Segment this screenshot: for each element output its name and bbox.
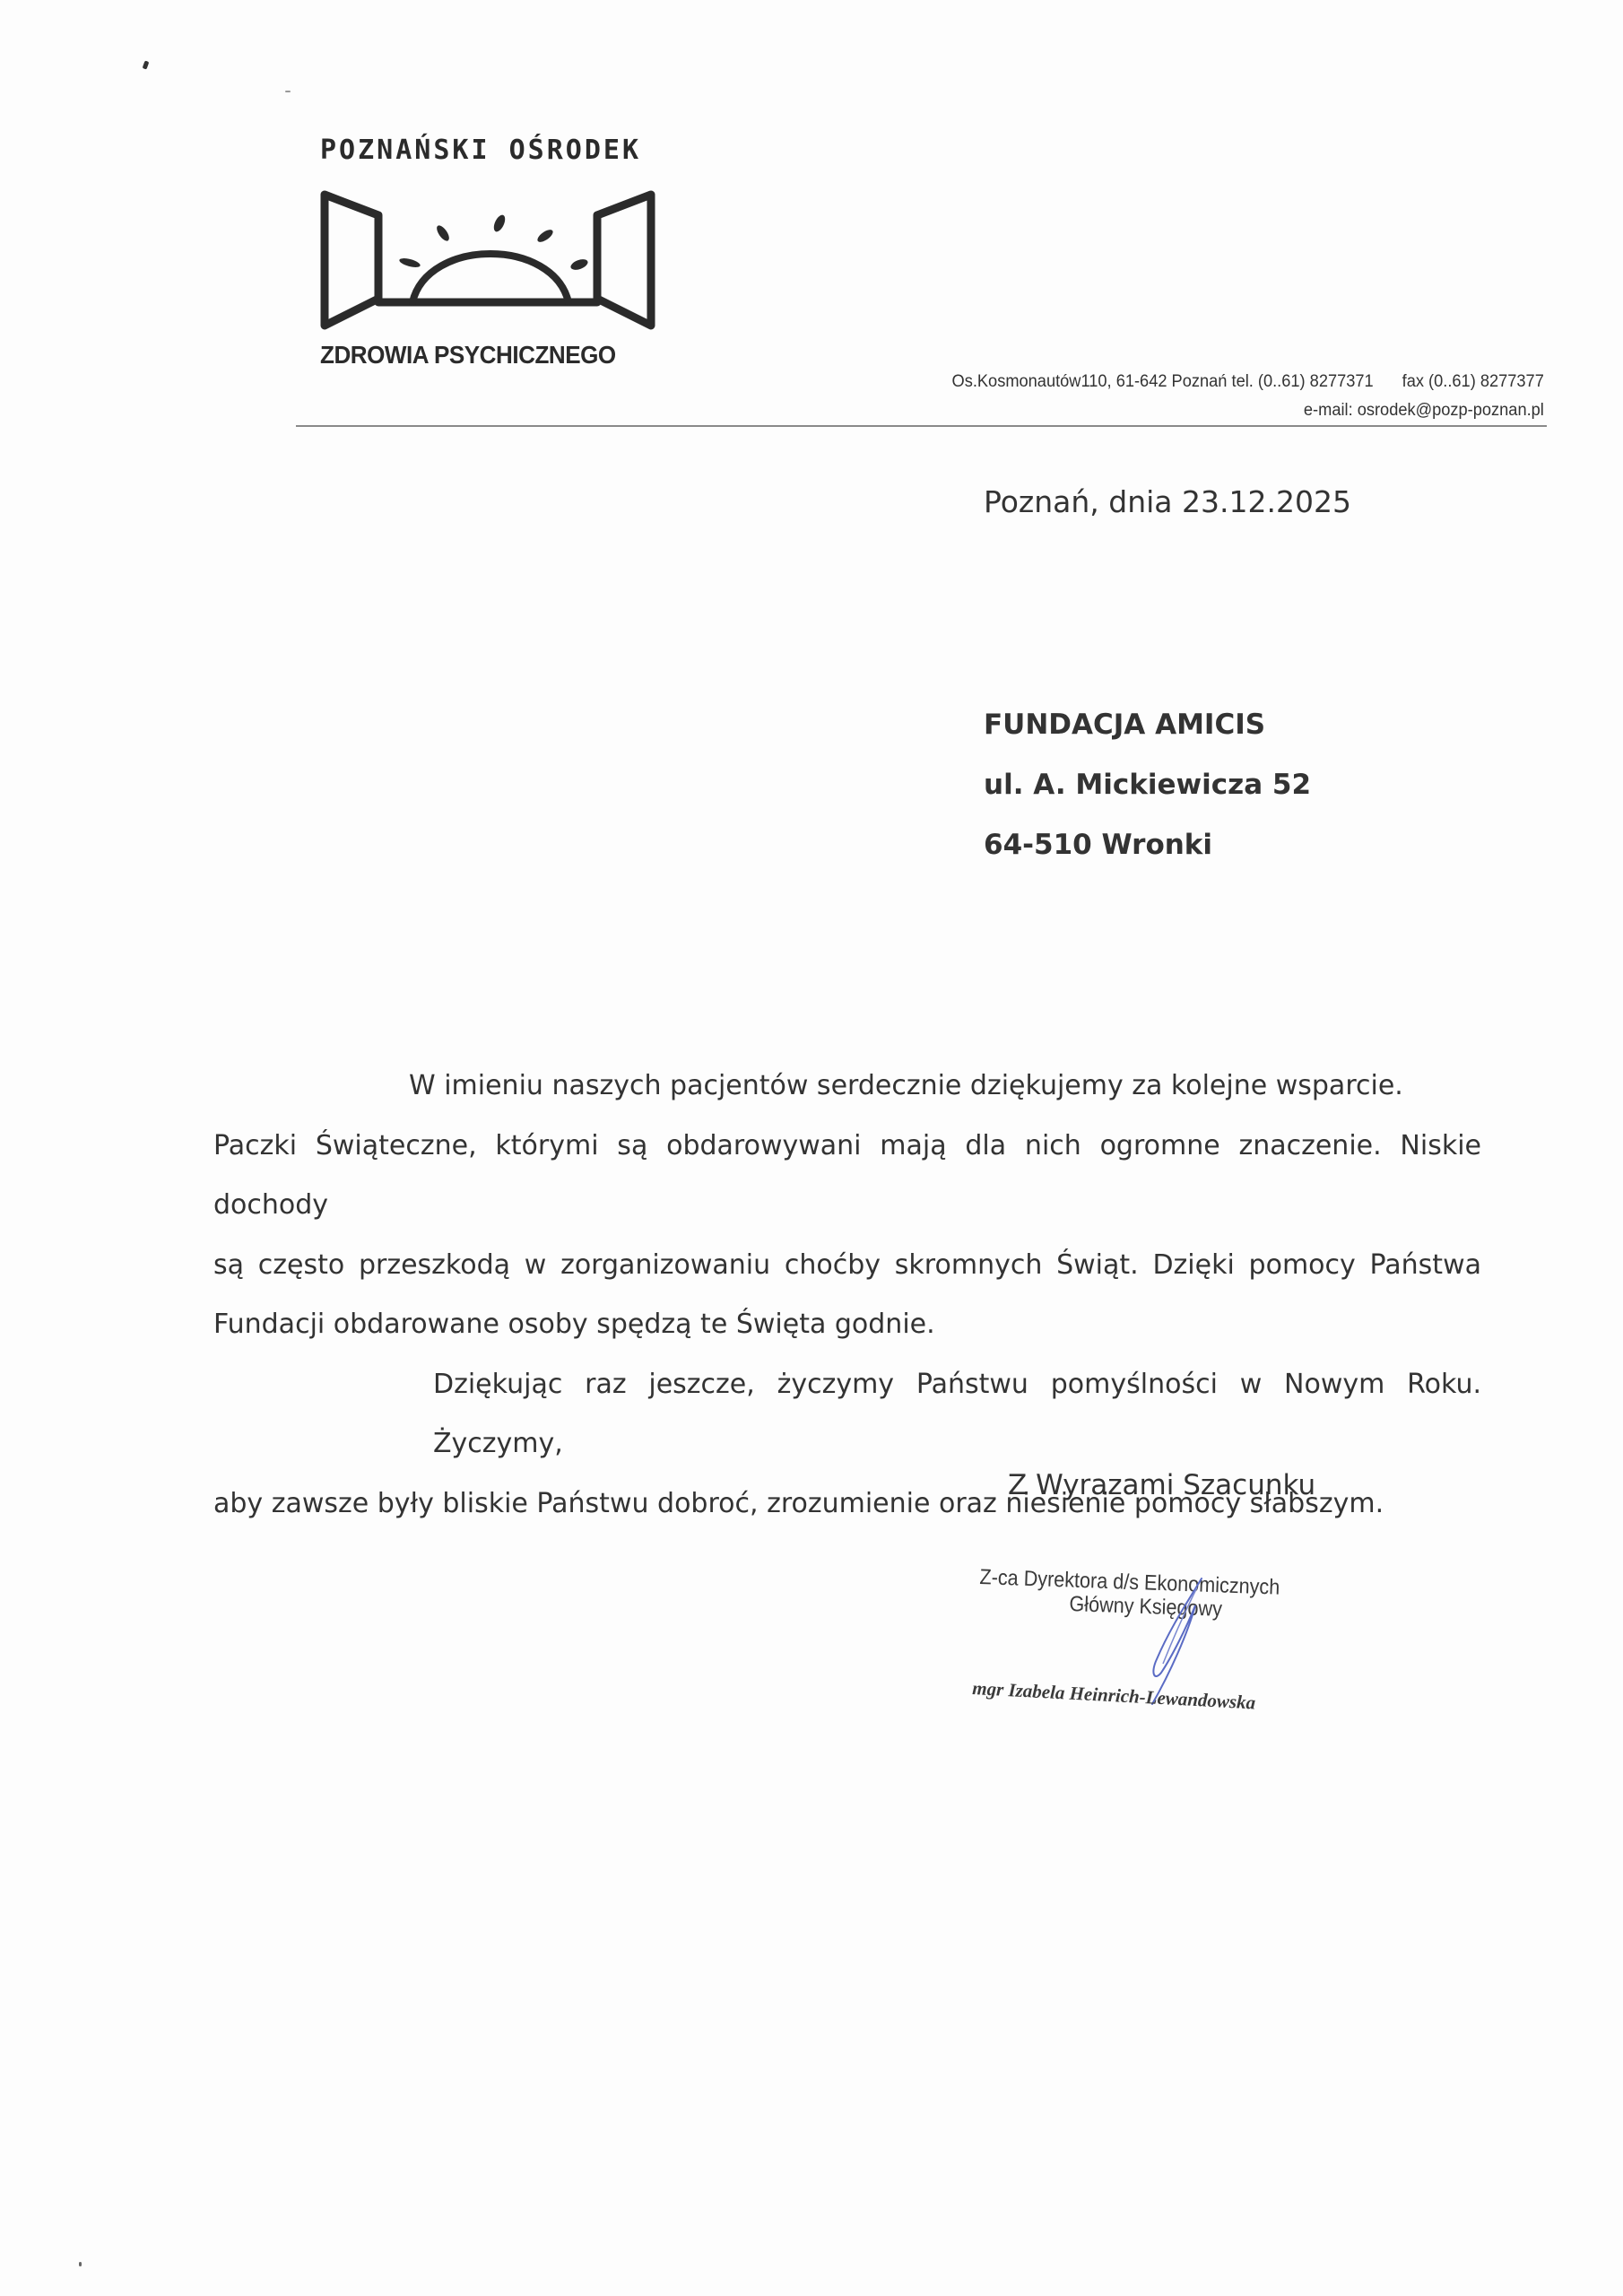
contact-line-1: Os.Kosmonautów110, 61-642 Poznań tel. (0… (952, 368, 1544, 396)
email: e-mail: osrodek@pozp-poznan.pl (952, 396, 1544, 425)
scan-speck (79, 2262, 82, 2266)
letterhead-divider (296, 425, 1547, 427)
letter-body: W imieniu naszych pacjentów serdecznie d… (213, 1057, 1481, 1534)
body-line: są często przeszkodą w zorganizowaniu ch… (213, 1236, 1481, 1296)
body-line: Paczki Świąteczne, którymi są obdarowywa… (213, 1117, 1481, 1236)
signature-stamp: Z-ca Dyrektora d/s Ekonomicznych Główny … (973, 1565, 1350, 1735)
address: Os.Kosmonautów110, 61-642 Poznań (952, 372, 1228, 391)
closing-salutation: Z Wyrazami Szacunku (1008, 1469, 1315, 1501)
body-line: Dziękując raz jeszcze, życzymy Państwu p… (213, 1355, 1481, 1474)
date-line: Poznań, dnia 23.12.2025 (984, 484, 1351, 519)
open-window-rising-sun-logo-icon (316, 184, 660, 336)
phone: tel. (0..61) 8277371 (1232, 372, 1374, 391)
body-line: Fundacji obdarowane osoby spędzą te Świę… (213, 1295, 1481, 1355)
recipient-address: FUNDACJA AMICIS ul. A. Mickiewicza 52 64… (984, 695, 1311, 875)
scan-speck (285, 91, 291, 92)
org-name-bottom: ZDROWIA PSYCHICZNEGO (320, 341, 616, 370)
org-name-top: POZNAŃSKI OŚRODEK (320, 135, 641, 166)
fax: fax (0..61) 8277377 (1402, 372, 1544, 391)
body-line: W imieniu naszych pacjentów serdecznie d… (213, 1057, 1481, 1117)
recipient-street: ul. A. Mickiewicza 52 (984, 755, 1311, 815)
scan-speck (143, 60, 150, 69)
recipient-city: 64-510 Wronki (984, 815, 1311, 875)
contact-info: Os.Kosmonautów110, 61-642 Poznań tel. (0… (952, 368, 1544, 425)
recipient-name: FUNDACJA AMICIS (984, 695, 1311, 755)
